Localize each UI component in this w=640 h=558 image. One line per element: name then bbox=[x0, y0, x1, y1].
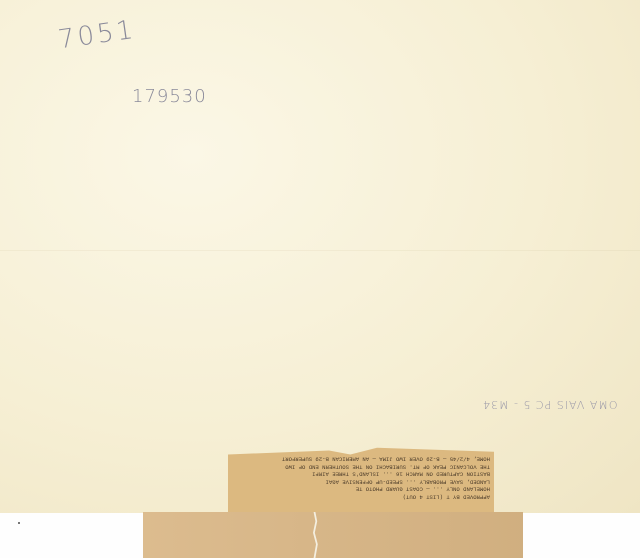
tape-strip bbox=[143, 512, 523, 558]
caption-line: APPROVED BY T (LIST 4 OUT) bbox=[232, 493, 490, 501]
caption-line: HOMELAND ONLY ... — COAST GUARD PHOTO TE bbox=[232, 485, 490, 493]
handwritten-catalog-number: 179530 bbox=[132, 86, 207, 107]
photo-back-paper: 7051 179530 OMA VAIS PC 5 - M34 bbox=[0, 0, 640, 513]
caption-line: THE VOLCANIC PEAK OF MT. SURIBACHI ON TH… bbox=[232, 463, 490, 471]
speck bbox=[18, 522, 20, 524]
paper-crease bbox=[0, 250, 640, 251]
handwritten-side-note: OMA VAIS PC 5 - M34 bbox=[482, 398, 618, 411]
caption-line: HOME, 4/2/45 — B-29 OVER IWO JIMA — AN A… bbox=[232, 455, 490, 463]
caption-line: LANDED, SAVE PROBABLY ... SPEED-UP OFFEN… bbox=[232, 478, 490, 486]
typed-caption-slip: APPROVED BY T (LIST 4 OUT) HOMELAND ONLY… bbox=[228, 445, 494, 513]
handwritten-number: 7051 bbox=[56, 15, 138, 56]
caption-line: BASTION CAPTURED ON MARCH 16 ... ISLAND'… bbox=[232, 470, 490, 478]
caption-text: APPROVED BY T (LIST 4 OUT) HOMELAND ONLY… bbox=[232, 455, 490, 501]
